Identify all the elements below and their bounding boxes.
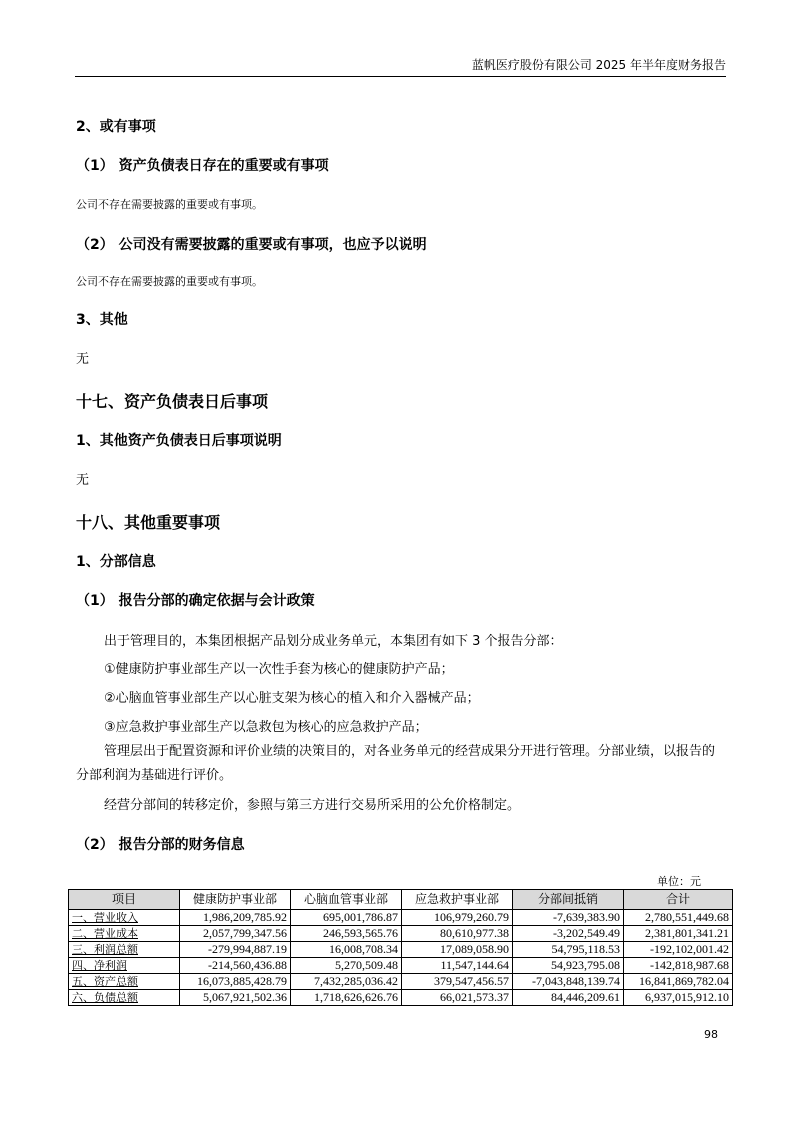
table-cell: 5,067,921,502.36 [180,990,291,1006]
table-cell: 1,718,626,626.76 [291,990,402,1006]
table-cell: 84,446,209.61 [513,990,624,1006]
table-cell: 379,547,456.57 [402,974,513,990]
table-cell: 2,057,799,347.56 [180,926,291,942]
subsection-heading: （1） 资产负债表日存在的重要或有事项 [76,155,329,175]
section-heading-other: 3、其他 [76,309,128,329]
table-cell: 5,270,509.48 [291,958,402,974]
table-cell: -214,560,436.88 [180,958,291,974]
table-cell: -279,994,887.19 [180,942,291,958]
table-row: 二、营业成本 2,057,799,347.56 246,593,565.76 8… [69,926,733,942]
subsection-heading: （2） 报告分部的财务信息 [76,834,245,854]
row-label: 六、负债总额 [69,990,180,1006]
section-heading-segment: 1、分部信息 [76,551,156,571]
column-header: 项目 [69,890,180,910]
subsection-heading: 1、其他资产负债表日后事项说明 [76,430,282,450]
subsection-heading: （1） 报告分部的确定依据与会计政策 [76,590,315,610]
table-cell: 695,001,786.87 [291,910,402,926]
table-cell: 246,593,565.76 [291,926,402,942]
table-cell: 80,610,977.38 [402,926,513,942]
chapter-heading-other-important: 十八、其他重要事项 [76,510,220,533]
segment-financial-table: 项目 健康防护事业部 心脑血管事业部 应急救护事业部 分部间抵销 合计 一、营业… [68,889,733,1006]
table-cell: -7,639,383.90 [513,910,624,926]
column-header: 合计 [624,890,733,910]
table-cell: 2,381,801,341.21 [624,926,733,942]
row-label: 三、利润总额 [69,942,180,958]
table-cell: 106,979,260.79 [402,910,513,926]
table-cell: 16,073,885,428.79 [180,974,291,990]
subsection-heading: （2） 公司没有需要披露的重要或有事项，也应予以说明 [76,234,427,254]
unit-label: 单位：元 [657,873,701,889]
column-header: 健康防护事业部 [180,890,291,910]
section-heading-contingencies: 2、或有事项 [76,116,156,136]
table-cell: -7,043,848,139.74 [513,974,624,990]
paragraph: 出于管理目的，本集团根据产品划分成业务单元，本集团有如下 3 个报告分部： [104,630,563,649]
table-cell: -142,818,987.68 [624,958,733,974]
body-text: 公司不存在需要披露的重要或有事项。 [76,196,263,212]
body-text: 无 [76,348,89,367]
table-header-row: 项目 健康防护事业部 心脑血管事业部 应急救护事业部 分部间抵销 合计 [69,890,733,910]
table-row: 六、负债总额 5,067,921,502.36 1,718,626,626.76… [69,990,733,1006]
row-label: 五、资产总额 [69,974,180,990]
table-cell: 7,432,285,036.42 [291,974,402,990]
body-text: 公司不存在需要披露的重要或有事项。 [76,273,263,289]
table-row: 一、营业收入 1,986,209,785.92 695,001,786.87 1… [69,910,733,926]
table-cell: 16,841,869,782.04 [624,974,733,990]
table-cell: 66,021,573.37 [402,990,513,1006]
column-header: 应急救护事业部 [402,890,513,910]
table-cell: 6,937,015,912.10 [624,990,733,1006]
table-cell: 11,547,144.64 [402,958,513,974]
chapter-heading-post-balance: 十七、资产负债表日后事项 [76,389,268,412]
table-cell: 17,089,058.90 [402,942,513,958]
page-header: 蓝帆医疗股份有限公司 2025 年半年度财务报告 [75,56,726,77]
table-row: 四、净利润 -214,560,436.88 5,270,509.48 11,54… [69,958,733,974]
table-cell: -3,202,549.49 [513,926,624,942]
list-item: ③应急救护事业部生产以急救包为核心的应急救护产品； [104,716,428,735]
table-cell: 16,008,708.34 [291,942,402,958]
row-label: 四、净利润 [69,958,180,974]
table-row: 三、利润总额 -279,994,887.19 16,008,708.34 17,… [69,942,733,958]
row-label: 二、营业成本 [69,926,180,942]
list-item: ②心脑血管事业部生产以心脏支架为核心的植入和介入器械产品； [104,687,480,706]
row-label: 一、营业收入 [69,910,180,926]
body-text: 无 [76,469,89,488]
report-title: 蓝帆医疗股份有限公司 2025 年半年度财务报告 [472,58,726,72]
table-cell: -192,102,001.42 [624,942,733,958]
table-cell: 1,986,209,785.92 [180,910,291,926]
column-header: 分部间抵销 [513,890,624,910]
list-item: ①健康防护事业部生产以一次性手套为核心的健康防护产品； [104,658,454,677]
table-cell: 54,923,795.08 [513,958,624,974]
table-row: 五、资产总额 16,073,885,428.79 7,432,285,036.4… [69,974,733,990]
paragraph: 管理层出于配置资源和评价业绩的决策目的，对各业务单元的经营成果分开进行管理。分部… [76,740,726,788]
paragraph: 经营分部间的转移定价，参照与第三方进行交易所采用的公允价格制定。 [104,794,520,813]
table-cell: 54,795,118.53 [513,942,624,958]
table-cell: 2,780,551,449.68 [624,910,733,926]
page-number: 98 [704,1028,718,1041]
column-header: 心脑血管事业部 [291,890,402,910]
